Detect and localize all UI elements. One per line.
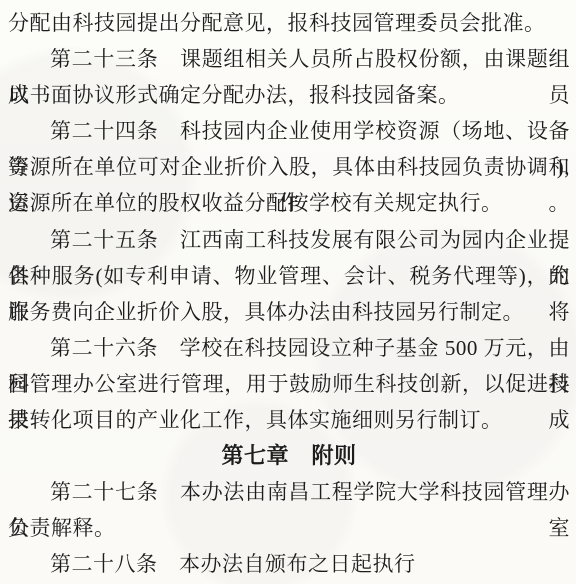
article-26-line: 第二十六条 学校在科技园设立种子基金 500 万元，由科技	[8, 330, 570, 366]
text-line: 服务费向企业折价入股，具体办法由科技园另行制定。	[8, 294, 570, 330]
article-25-line: 第二十五条 江西南工科技发展有限公司为园内企业提供的	[8, 222, 570, 258]
text-line: 资源所在单位可对企业折价入股，具体由科技园负责协调和运作。	[8, 149, 570, 185]
text-line: 资源所在单位的股权收益分配按学校有关规定执行。	[8, 185, 570, 221]
text-line: 果转化项目的产业化工作，具体实施细则另行制订。	[8, 402, 570, 438]
chapter-heading: 第七章 附则	[8, 438, 570, 474]
article-28-line: 第二十八条 本办法自颁布之日起执行	[8, 546, 570, 582]
article-27-line: 第二十七条 本办法由南昌工程学院大学科技园管理办公室	[8, 474, 570, 510]
text-line: 园管理办公室进行管理，用于鼓励师生科技创新，以促进科技成	[8, 366, 570, 402]
text-line: 各种服务(如专利申请、物业管理、会计、税务代理等)，允许将	[8, 258, 570, 294]
article-24-line: 第二十四条 科技园内企业使用学校资源（场地、设备等),	[8, 113, 570, 149]
text-line: 分配由科技园提出分配意见，报科技园管理委员会批准。	[8, 5, 570, 41]
document-page: 分配由科技园提出分配意见，报科技园管理委员会批准。 第二十三条 课题组相关人员所…	[0, 0, 576, 584]
article-23-line: 第二十三条 课题组相关人员所占股权份额，由课题组成员	[8, 41, 570, 77]
